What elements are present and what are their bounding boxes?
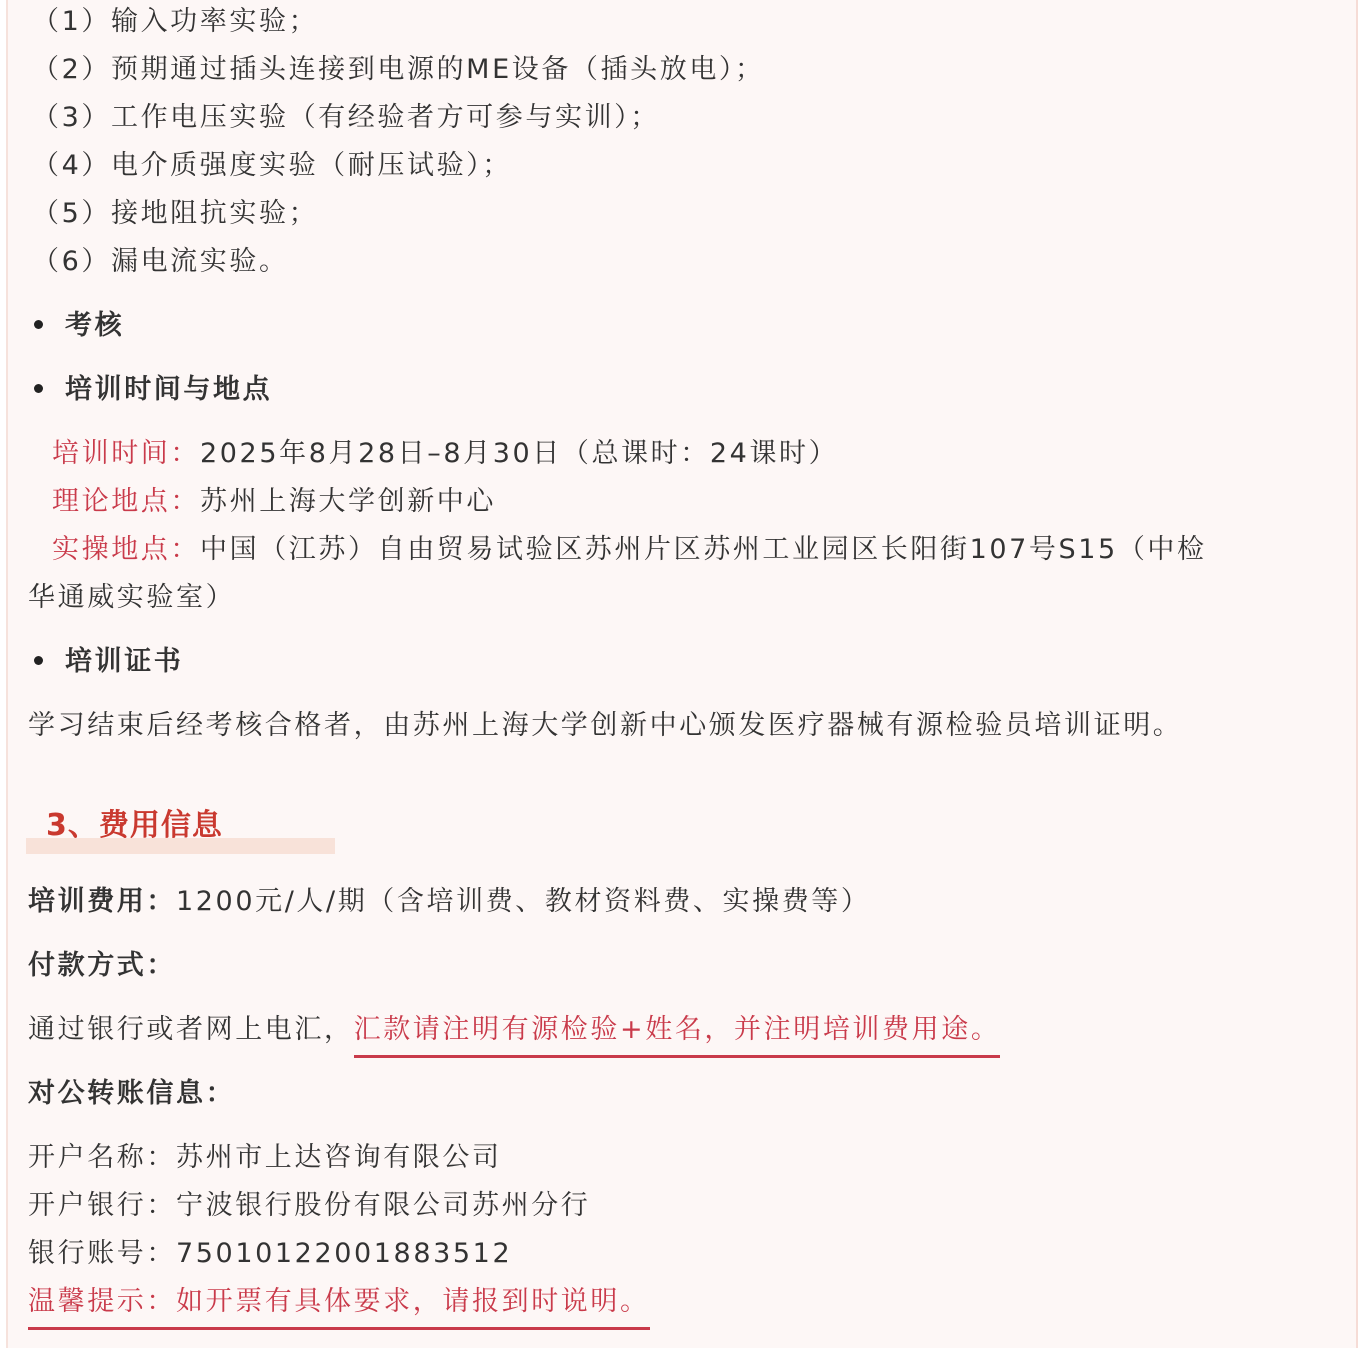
- bullet-assessment: 考核: [30, 308, 124, 344]
- training-time-label: 培训时间：: [52, 438, 200, 469]
- theory-location-value: 苏州上海大学创新中心: [200, 486, 496, 517]
- practice-location-row: 实操地点：中国（江苏）自由贸易试验区苏州片区苏州工业园区长阳街107号S15（中…: [52, 532, 1207, 568]
- practice-location-continued: 华通威实验室）: [28, 580, 235, 616]
- payment-row: 通过银行或者网上电汇，汇款请注明有源检验+姓名，并注明培训费用途。: [28, 1012, 1000, 1048]
- experiment-item-6: （6）漏电流实验。: [32, 244, 289, 280]
- account-name-label: 开户名称：: [28, 1142, 176, 1173]
- tip-row: 温馨提示：如开票有具体要求，请报到时说明。: [28, 1284, 650, 1320]
- experiment-item-3: （3）工作电压实验（有经验者方可参与实训）；: [32, 100, 660, 136]
- bullet-dot-icon: [34, 384, 43, 393]
- tip-text: 温馨提示：如开票有具体要求，请报到时说明。: [28, 1286, 650, 1330]
- experiment-item-1: （1）输入功率实验；: [32, 4, 318, 40]
- account-name-row: 开户名称：苏州市上达咨询有限公司: [28, 1140, 502, 1176]
- training-time-row: 培训时间：2025年8月28日–8月30日（总课时：24课时）: [52, 436, 838, 472]
- theory-location-label: 理论地点：: [52, 486, 200, 517]
- bullet-time-place: 培训时间与地点: [30, 372, 272, 408]
- account-name-value: 苏州市上达咨询有限公司: [176, 1142, 502, 1173]
- experiment-item-2: （2）预期通过插头连接到电源的ME设备（插头放电）；: [32, 52, 765, 88]
- experiment-item-4: （4）电介质强度实验（耐压试验）；: [32, 148, 512, 184]
- account-number-row: 银行账号：75010122001883512: [28, 1236, 512, 1272]
- certificate-text: 学习结束后经考核合格者，由苏州上海大学创新中心颁发医疗器械有源检验员培训证明。: [28, 708, 1182, 744]
- account-number-value: 75010122001883512: [176, 1238, 512, 1269]
- section-title: 3、费用信息: [46, 804, 223, 848]
- bullet-certificate-label: 培训证书: [65, 646, 183, 677]
- bank-value: 宁波银行股份有限公司苏州分行: [176, 1190, 590, 1221]
- transfer-info-label: 对公转账信息：: [28, 1076, 235, 1112]
- fee-row: 培训费用：1200元/人/期（含培训费、教材资料费、实操费等）: [28, 884, 871, 920]
- payment-label: 付款方式：: [28, 948, 176, 984]
- practice-location-value: 中国（江苏）自由贸易试验区苏州片区苏州工业园区长阳街107号S15（中检: [200, 534, 1207, 565]
- bank-label: 开户银行：: [28, 1190, 176, 1221]
- fee-label: 培训费用：: [28, 886, 176, 917]
- bullet-time-place-label: 培训时间与地点: [65, 374, 272, 405]
- theory-location-row: 理论地点：苏州上海大学创新中心: [52, 484, 496, 520]
- bullet-dot-icon: [34, 320, 43, 329]
- bullet-dot-icon: [34, 656, 43, 665]
- practice-location-label: 实操地点：: [52, 534, 200, 565]
- training-time-value: 2025年8月28日–8月30日（总课时：24课时）: [200, 438, 838, 469]
- bullet-certificate: 培训证书: [30, 644, 183, 680]
- section-heading-fees: 3、费用信息: [26, 804, 336, 856]
- bank-row: 开户银行：宁波银行股份有限公司苏州分行: [28, 1188, 590, 1224]
- fee-value: 1200元/人/期（含培训费、教材资料费、实操费等）: [176, 886, 871, 917]
- account-number-label: 银行账号：: [28, 1238, 176, 1269]
- payment-text: 通过银行或者网上电汇，: [28, 1014, 354, 1045]
- payment-note: 汇款请注明有源检验+姓名，并注明培训费用途。: [354, 1014, 1001, 1058]
- bullet-assessment-label: 考核: [65, 310, 124, 341]
- experiment-item-5: （5）接地阻抗实验；: [32, 196, 318, 232]
